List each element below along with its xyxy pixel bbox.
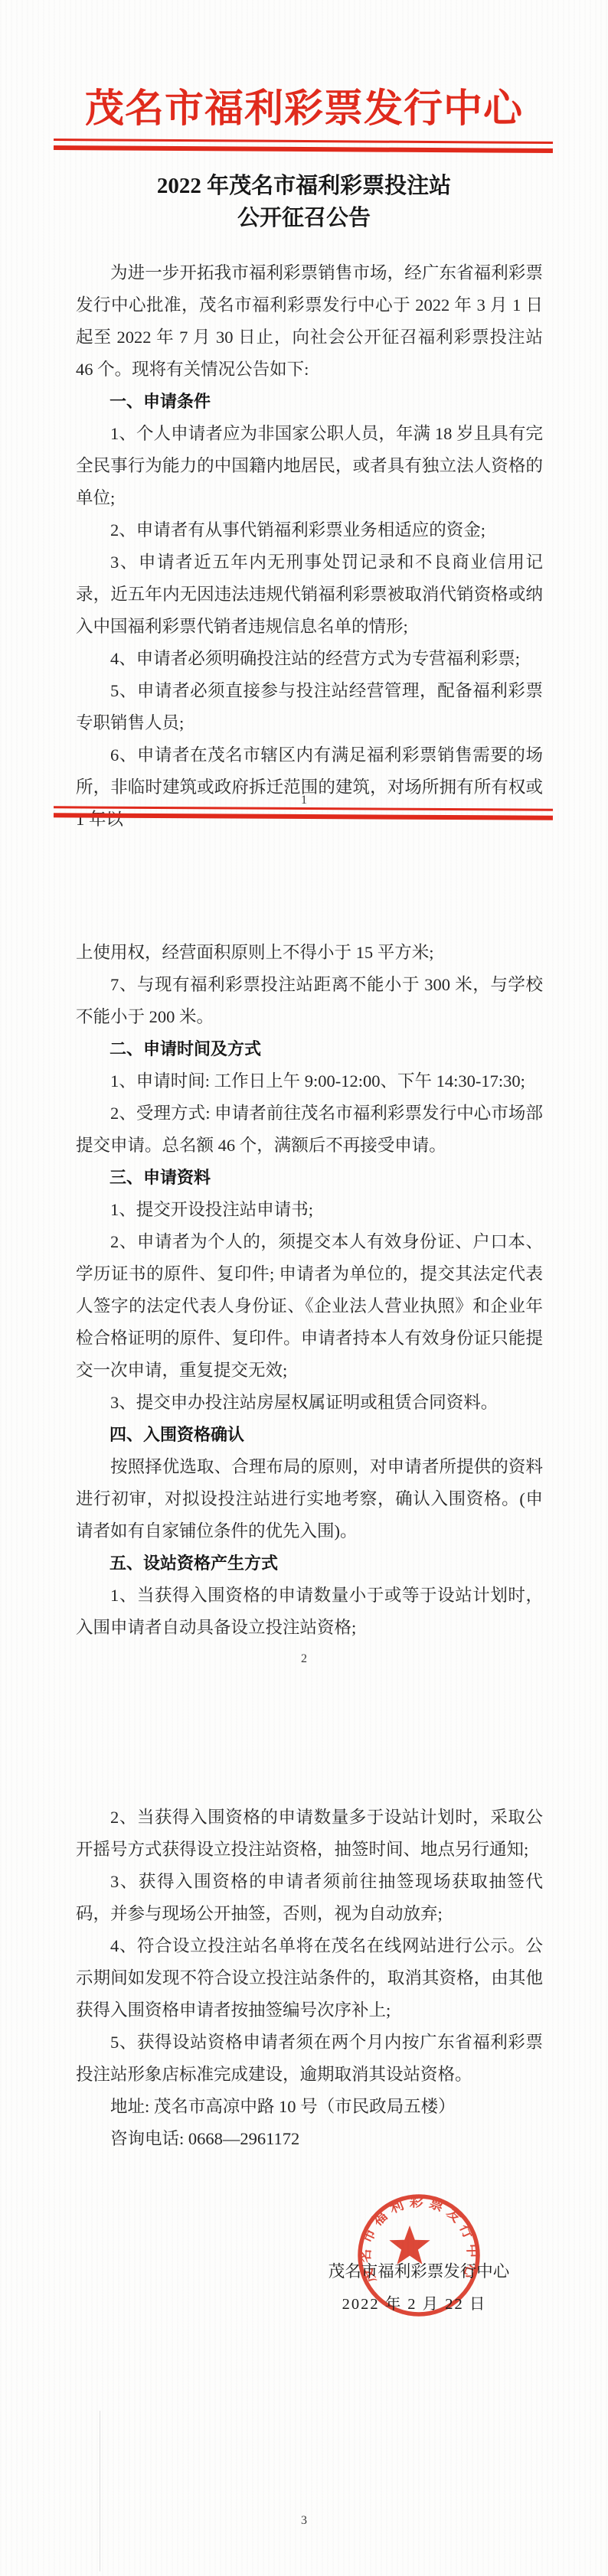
page-3-number: 3 xyxy=(0,2514,608,2528)
section-heading: 五、设站资格产生方式 xyxy=(76,1547,543,1580)
paragraph: 3、获得入围资格的申请者须前往抽签现场获取抽签代码，并参与现场公开抽签，否则，视… xyxy=(76,1866,543,1930)
section-heading: 四、入围资格确认 xyxy=(76,1419,543,1451)
paragraph: 按照择优选取、合理布局的原则，对申请者所提供的资料进行初审，对拟设投注站进行实地… xyxy=(76,1451,543,1547)
document-title-line2: 公开征召公告 xyxy=(0,201,608,232)
letterhead-divider-thin-line xyxy=(54,139,553,144)
paragraph: 7、与现有福利彩票投注站距离不能小于 300 米，与学校不能小于 200 米。 xyxy=(76,969,543,1033)
paragraph: 地址: 茂名市高凉中路 10 号（市民政局五楼） xyxy=(76,2091,543,2123)
section-heading: 二、申请时间及方式 xyxy=(76,1033,543,1065)
paragraph: 5、申请者必须直接参与投注站经营管理，配备福利彩票专职销售人员; xyxy=(76,675,543,739)
document-title-line1: 2022 年茂名市福利彩票投注站 xyxy=(0,168,608,200)
paragraph: 1、提交开设投注站申请书; xyxy=(76,1194,543,1226)
paragraph: 3、提交申办投注站房屋权属证明或租赁合同资料。 xyxy=(76,1387,543,1419)
paragraph: 咨询电话: 0668—2961172 xyxy=(76,2123,543,2155)
letterhead-divider-thick-line xyxy=(54,145,553,153)
paragraph: 1、当获得入围资格的申请数量小于或等于设站计划时，入围申请者自动具备设立投注站资… xyxy=(76,1580,543,1644)
paragraph: 1、申请时间: 工作日上午 9:00-12:00、下午 14:30-17:30; xyxy=(76,1065,543,1097)
paragraph: 5、获得设站资格申请者须在两个月内按广东省福利彩票投注站形象店标准完成建设，逾期… xyxy=(76,2027,543,2091)
paragraph: 2、申请者有从事代销福利彩票业务相适应的资金; xyxy=(76,514,543,546)
page-3-body: 2、当获得入围资格的申请数量多于设站计划时，采取公开摇号方式获得设立投注站资格，… xyxy=(76,1802,543,2155)
page-2-body: 上使用权，经营面积原则上不得小于 15 平方米;7、与现有福利彩票投注站距离不能… xyxy=(76,937,543,1644)
scanned-document-page: 茂名市福利彩票发行中心 2022 年茂名市福利彩票投注站 公开征召公告 为进一步… xyxy=(0,0,608,2576)
paragraph: 2、申请者为个人的，须提交本人有效身份证、户口本、学历证书的原件、复印件; 申请… xyxy=(76,1226,543,1387)
paragraph: 2、受理方式: 申请者前往茂名市福利彩票发行中心市场部提交申请。总名额 46 个… xyxy=(76,1097,543,1162)
paragraph: 上使用权，经营面积原则上不得小于 15 平方米; xyxy=(76,937,543,969)
signature-date: 2022 年 2 月 22 日 xyxy=(286,2291,542,2314)
section-heading: 一、申请条件 xyxy=(76,386,543,418)
paragraph: 为进一步开拓我市福利彩票销售市场，经广东省福利彩票发行中心批准，茂名市福利彩票发… xyxy=(76,257,543,386)
paragraph: 4、符合设立投注站名单将在茂名在线网站进行公示。公示期间如发现不符合设立投注站条… xyxy=(76,1930,543,2027)
paragraph: 1、个人申请者应为非国家公职人员，年满 18 岁且具有完全民事行为能力的中国籍内… xyxy=(76,418,543,514)
signature-org-name: 茂名市福利彩票发行中心 xyxy=(291,2258,547,2282)
section-heading: 三、申请资料 xyxy=(76,1162,543,1194)
letterhead-org-name: 茂名市福利彩票发行中心 xyxy=(0,77,608,133)
scan-edge-artifact xyxy=(100,2411,100,2571)
paragraph: 3、申请者近五年内无刑事处罚记录和不良商业信用记录，近五年内无因违法违规代销福利… xyxy=(76,546,543,643)
letterhead-divider-rule xyxy=(54,139,553,153)
page-2-number: 2 xyxy=(0,1652,608,1666)
paragraph: 2、当获得入围资格的申请数量多于设站计划时，采取公开摇号方式获得设立投注站资格，… xyxy=(76,1802,543,1866)
paragraph: 6、申请者在茂名市辖区内有满足福利彩票销售需要的场所，非临时建筑或政府拆迁范围的… xyxy=(76,739,543,836)
paragraph: 4、申请者必须明确投注站的经营方式为专营福利彩票; xyxy=(76,643,543,675)
page-1-number: 1 xyxy=(0,794,608,807)
page-1-body: 为进一步开拓我市福利彩票销售市场，经广东省福利彩票发行中心批准，茂名市福利彩票发… xyxy=(76,257,543,836)
